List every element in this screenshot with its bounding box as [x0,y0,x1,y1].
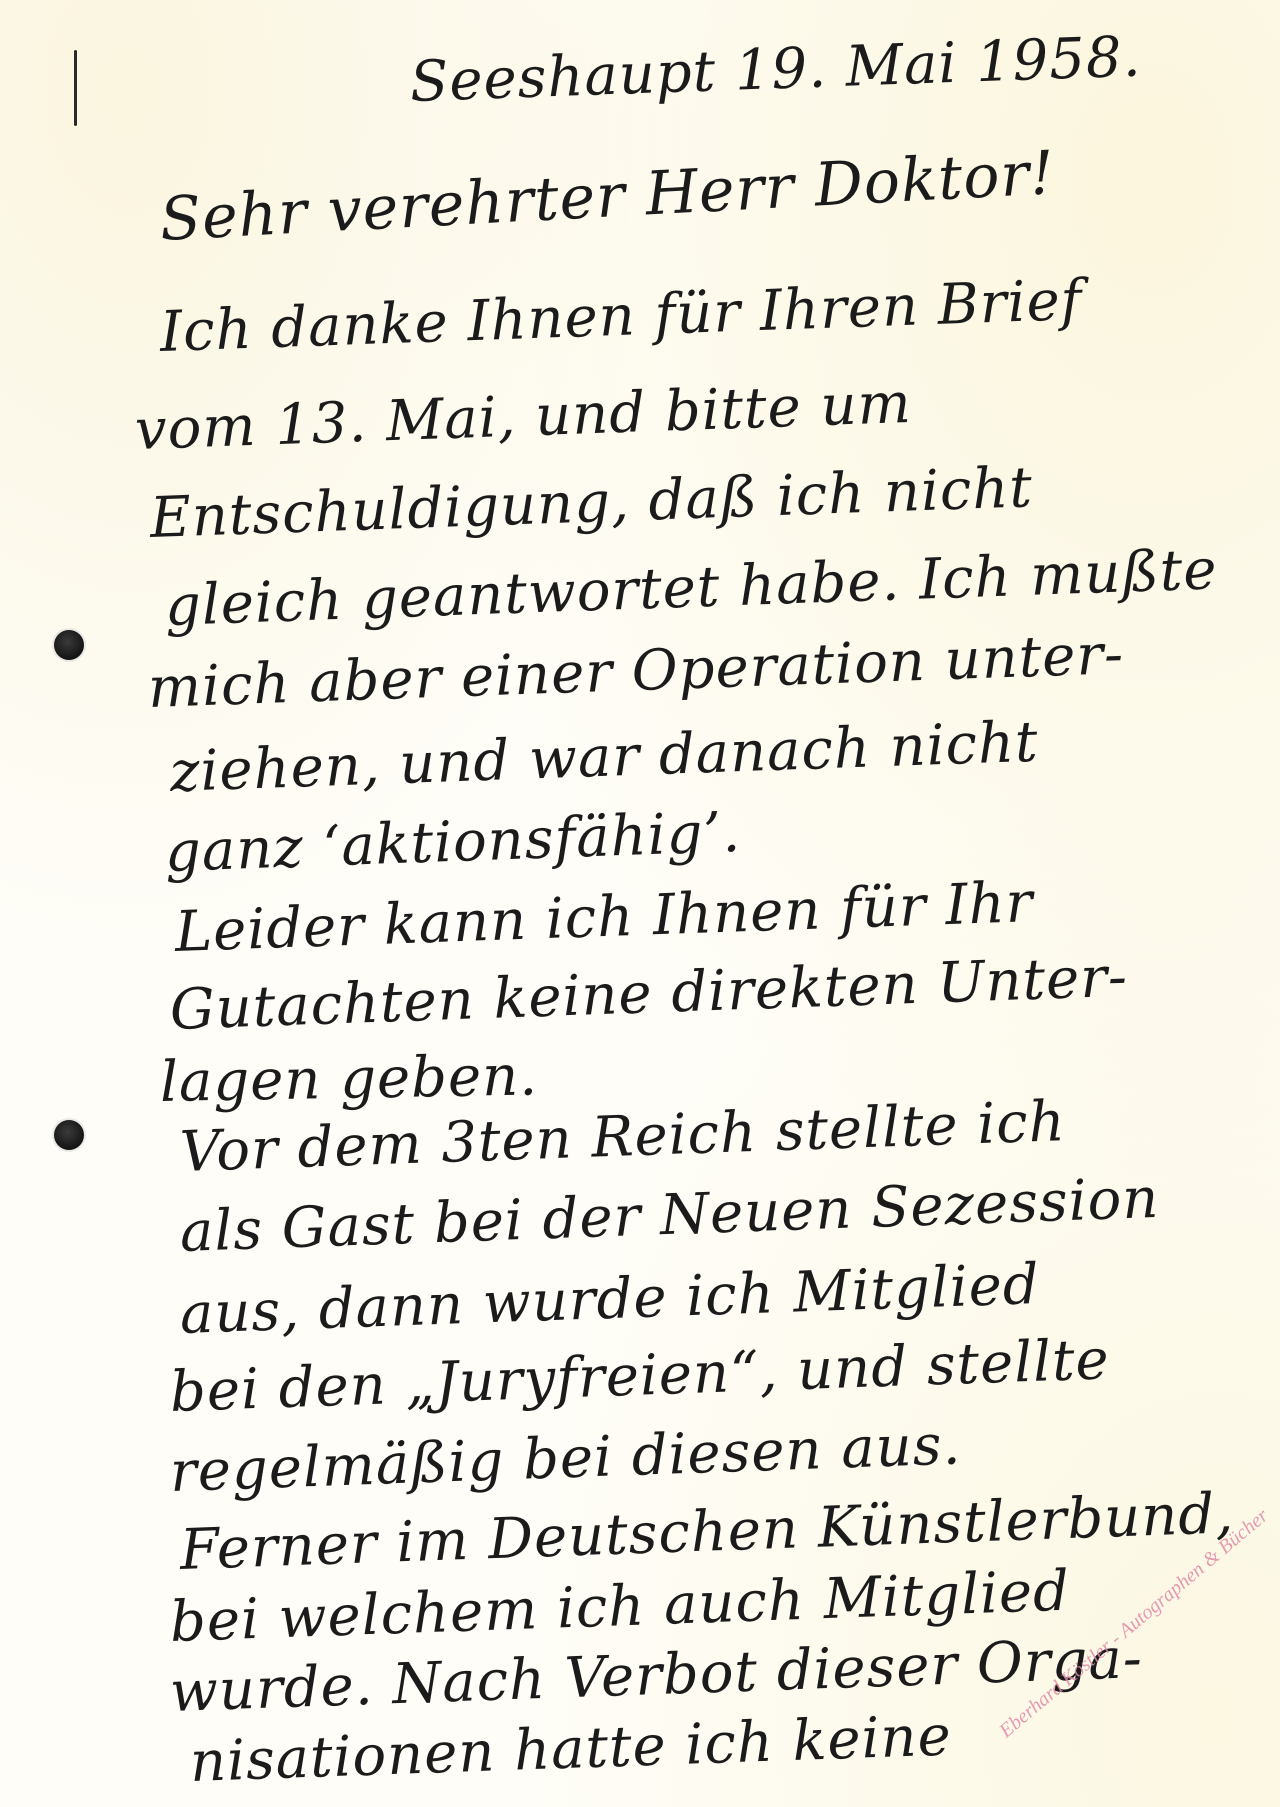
letter-line: lagen geben. [159,1043,538,1115]
punch-hole-icon [54,1120,84,1150]
margin-mark [74,50,77,126]
punch-hole-icon [54,630,84,660]
